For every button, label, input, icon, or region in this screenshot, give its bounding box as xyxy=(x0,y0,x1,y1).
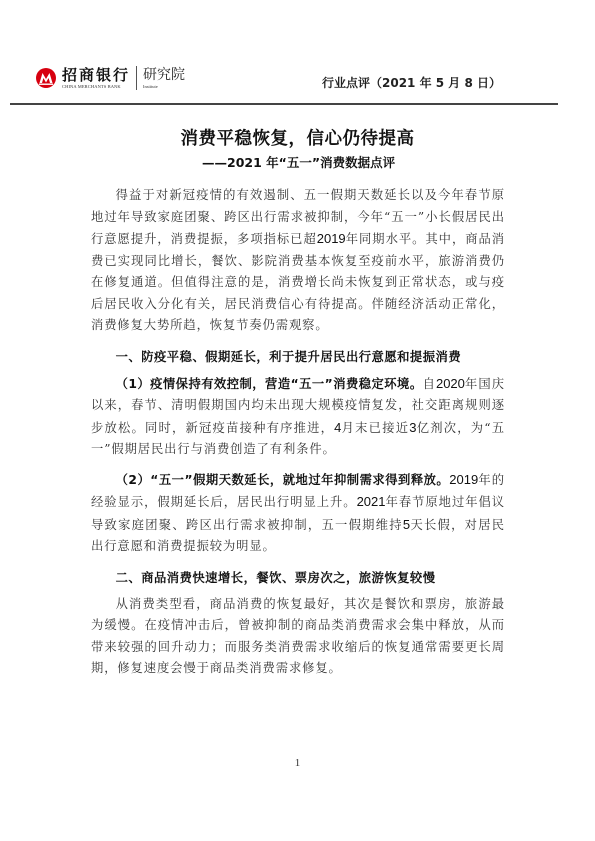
intro-paragraph: 得益于对新冠疫情的有效遏制、五一假期天数延长以及今年春节原地过年导致家庭团聚、跨… xyxy=(91,185,505,337)
section1-point1: （1）疫情保持有效控制，营造“五一”消费稳定环境。自2020年国庆以来，春节、清… xyxy=(91,373,505,461)
text-run: 月末已接近 xyxy=(341,421,409,435)
document-title: 消费平稳恢复，信心仍待提高 xyxy=(0,125,595,150)
number: 2021 xyxy=(357,494,386,509)
institute-name-en: Institute xyxy=(143,84,185,90)
document-subtitle: ——2021 年“五一”消费数据点评 xyxy=(202,153,395,171)
number: 2019 xyxy=(317,231,346,246)
section-heading-2: 二、商品消费快速增长，餐饮、票房次之，旅游恢复较慢 xyxy=(91,568,505,586)
text-run: 自 xyxy=(423,377,436,391)
bank-name-cn: 招商银行 xyxy=(62,67,130,84)
section1-point2: （2）“五一”假期天数延长，就地过年抑制需求得到释放。2019年的经验显示，假期… xyxy=(91,469,505,558)
number: 5 xyxy=(403,517,410,532)
page-header: 招商银行 CHINA MERCHANTS BANK 研究院 Institute … xyxy=(0,0,595,110)
section2-paragraph: 从消费类型看，商品消费的恢复最好，其次是餐饮和票房，旅游最为缓慢。在疫情冲击后，… xyxy=(91,594,505,680)
header-divider xyxy=(10,103,558,105)
number: 2019 xyxy=(449,472,478,487)
point-lead: （2）“五一”假期天数延长，就地过年抑制需求得到释放。 xyxy=(116,473,450,487)
section-heading-1: 一、防疫平稳、假期延长，利于提升居民出行意愿和提振消费 xyxy=(91,347,505,365)
bank-name: 招商银行 CHINA MERCHANTS BANK xyxy=(62,67,130,90)
point-lead: （1）疫情保持有效控制，营造“五一”消费稳定环境。 xyxy=(116,377,423,391)
cmb-logo: 招商银行 CHINA MERCHANTS BANK 研究院 Institute xyxy=(36,66,185,90)
page-number: 1 xyxy=(0,757,595,769)
document-body: 得益于对新冠疫情的有效遏制、五一假期天数延长以及今年春节原地过年导致家庭团聚、跨… xyxy=(91,185,505,680)
institute-name-cn: 研究院 xyxy=(143,67,185,84)
cmb-logo-icon xyxy=(36,68,56,88)
logo-divider xyxy=(136,66,137,90)
number: 2020 xyxy=(436,376,465,391)
institute-name: 研究院 Institute xyxy=(143,67,185,90)
text-run: 年同期水平。其中，商品消费已实现同比增长，餐饮、影院消费基本恢复至疫前水平，旅游… xyxy=(91,232,505,332)
report-type-date: 行业点评（2021 年 5 月 8 日） xyxy=(322,74,501,91)
bank-name-en: CHINA MERCHANTS BANK xyxy=(62,84,130,90)
spacer xyxy=(91,461,505,469)
